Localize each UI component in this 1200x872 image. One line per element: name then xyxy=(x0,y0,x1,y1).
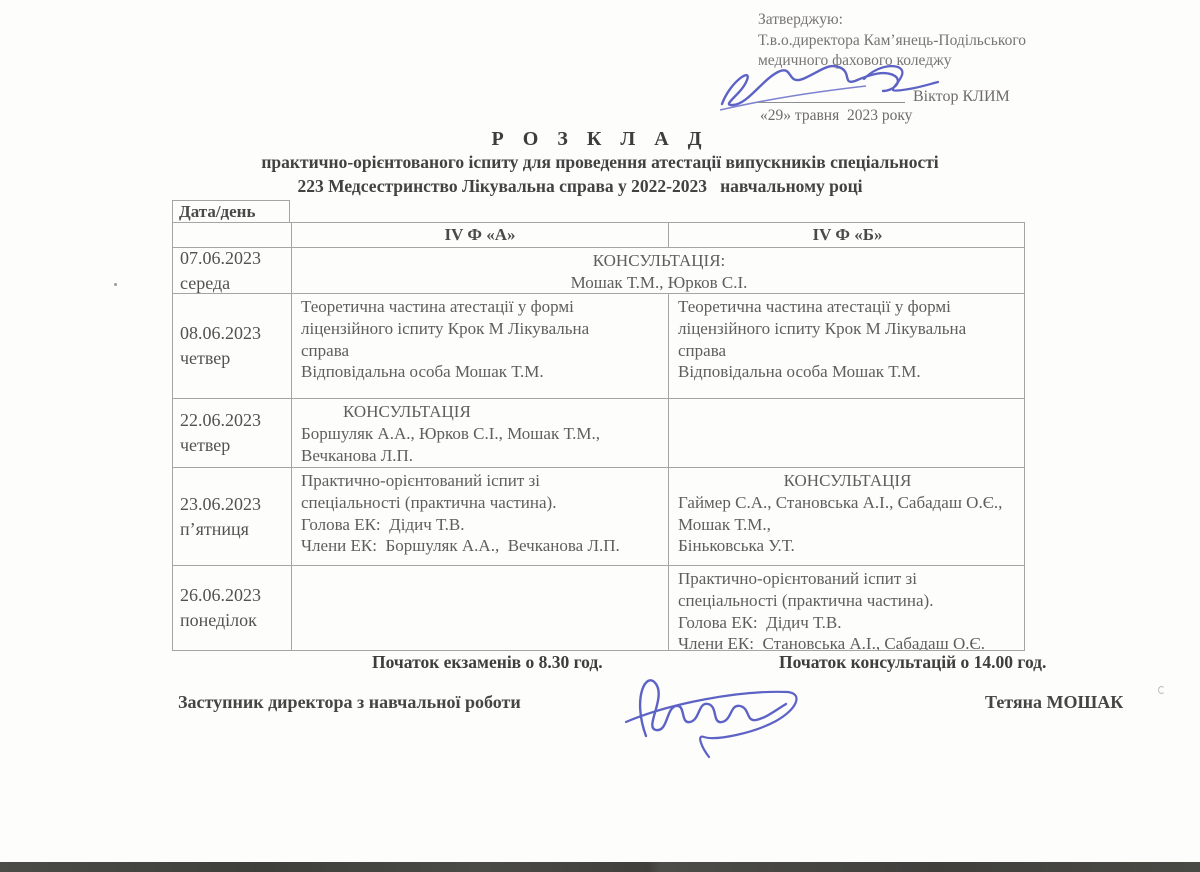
cell-line: Боршуляк А.А., Юрков С.І., Мошак Т.М., xyxy=(301,423,659,445)
day-value: четвер xyxy=(180,433,291,458)
group-a-cell: Практично-орієнтований іспит зі спеціаль… xyxy=(291,468,668,565)
group-a-cell: Теоретична частина атестації у формі ліц… xyxy=(291,294,668,398)
cell-line: Мошак Т.М., xyxy=(678,514,1017,536)
table-corner-header: Дата/день xyxy=(172,200,290,222)
table-row: 22.06.2023 четвер КОНСУЛЬТАЦІЯ Боршуляк … xyxy=(173,398,1024,467)
cell-line: Голова ЕК: Дідич Т.В. xyxy=(678,612,1017,634)
date-value: 08.06.2023 xyxy=(180,321,291,346)
cell-line: Мошак Т.М., Юрков С.І. xyxy=(301,272,1017,293)
cell-line: справа xyxy=(301,340,659,362)
date-cell: 07.06.2023 середа xyxy=(173,248,291,293)
document-title: Р О З К Л А Д xyxy=(0,128,1200,151)
date-cell: 22.06.2023 четвер xyxy=(173,399,291,467)
day-value: п’ятниця xyxy=(180,517,291,542)
group-b-cell-empty xyxy=(668,399,1026,467)
column-a-header: ІV Ф «А» xyxy=(291,223,668,247)
cell-line: Відповідальна особа Мошак Т.М. xyxy=(678,361,1017,383)
merged-consultation-cell: КОНСУЛЬТАЦІЯ: Мошак Т.М., Юрков С.І. xyxy=(291,248,1026,293)
date-cell: 08.06.2023 четвер xyxy=(173,294,291,398)
table-header-row: ІV Ф «А» ІV Ф «Б» xyxy=(173,223,1024,247)
cell-line: спеціальності (практична частина). xyxy=(678,590,1017,612)
table-row: 26.06.2023 понеділок Практично-орієнтова… xyxy=(173,565,1024,650)
cell-line: ліцензійного іспиту Крок М Лікувальна xyxy=(678,318,1017,340)
group-b-cell: КОНСУЛЬТАЦІЯ Гаймер С.А., Становська А.І… xyxy=(668,468,1026,565)
deputy-name: Тетяна МОШАК xyxy=(985,692,1123,713)
date-cell: 26.06.2023 понеділок xyxy=(173,566,291,650)
consultations-start-note: Початок консультацій о 14.00 год. xyxy=(779,652,1046,673)
cell-line: Теоретична частина атестації у формі xyxy=(678,296,1017,318)
cell-line: справа xyxy=(678,340,1017,362)
date-value: 23.06.2023 xyxy=(180,492,291,517)
header-empty-cell xyxy=(173,223,291,247)
scanned-schedule-document: Затверджую: Т.в.о.директора Кам’янець-По… xyxy=(0,0,1200,872)
table-row: 08.06.2023 четвер Теоретична частина ате… xyxy=(173,293,1024,398)
cell-line: Вечканова Л.П. xyxy=(301,445,659,467)
cell-line: Відповідальна особа Мошак Т.М. xyxy=(301,361,659,383)
table-row: 23.06.2023 п’ятниця Практично-орієнтован… xyxy=(173,467,1024,565)
date-value: 26.06.2023 xyxy=(180,583,291,608)
approver-name: Віктор КЛИМ xyxy=(913,88,1010,106)
cell-line: Практично-орієнтований іспит зі xyxy=(301,470,659,492)
cell-line: Члени ЕК: Становська А.І., Сабадаш О.Є. xyxy=(678,633,1017,650)
document-subtitle-1: практично-орієнтованого іспиту для прове… xyxy=(0,152,1200,173)
approver-position-line1: Т.в.о.директора Кам’янець-Подільського xyxy=(758,31,1026,52)
document-subtitle-2: 223 Медсестринство Лікувальна справа у 2… xyxy=(0,176,1160,197)
group-a-cell-empty xyxy=(291,566,668,650)
deputy-position-title: Заступник директора з навчальної роботи xyxy=(178,692,521,713)
cell-line: Гаймер С.А., Становська А.І., Сабадаш О.… xyxy=(678,492,1017,514)
table-row: 07.06.2023 середа КОНСУЛЬТАЦІЯ: Мошак Т.… xyxy=(173,247,1024,293)
group-b-cell: Практично-орієнтований іспит зі спеціаль… xyxy=(668,566,1026,650)
day-value: понеділок xyxy=(180,608,291,633)
cell-line: Практично-орієнтований іспит зі xyxy=(678,568,1017,590)
scan-edge-bar xyxy=(0,862,1200,872)
scan-speck xyxy=(114,283,117,286)
group-b-cell: Теоретична частина атестації у формі ліц… xyxy=(668,294,1026,398)
schedule-table: ІV Ф «А» ІV Ф «Б» 07.06.2023 середа КОНС… xyxy=(172,222,1025,651)
cell-line: Члени ЕК: Боршуляк А.А., Вечканова Л.П. xyxy=(301,535,659,557)
cell-line: спеціальності (практична частина). xyxy=(301,492,659,514)
approval-word: Затверджую: xyxy=(758,10,1026,31)
cell-line: ліцензійного іспиту Крок М Лікувальна xyxy=(301,318,659,340)
cell-line: Теоретична частина атестації у формі xyxy=(301,296,659,318)
day-value: середа xyxy=(180,271,291,294)
group-a-cell: КОНСУЛЬТАЦІЯ Боршуляк А.А., Юрков С.І., … xyxy=(291,399,668,467)
cell-line: Біньковська У.Т. xyxy=(678,535,1017,557)
date-value: 07.06.2023 xyxy=(180,248,291,271)
column-b-header-label: ІV Ф «Б» xyxy=(813,225,883,245)
date-cell: 23.06.2023 п’ятниця xyxy=(173,468,291,565)
signature-rule-line xyxy=(757,102,905,103)
cell-line: КОНСУЛЬТАЦІЯ xyxy=(678,470,1017,492)
approval-date: «29» травня 2023 року xyxy=(760,107,912,125)
date-value: 22.06.2023 xyxy=(180,408,291,433)
cell-line: Голова ЕК: Дідич Т.В. xyxy=(301,514,659,536)
day-value: четвер xyxy=(180,346,291,371)
cell-line: КОНСУЛЬТАЦІЯ: xyxy=(301,250,1017,272)
column-b-header: ІV Ф «Б» xyxy=(668,223,1026,247)
cell-line: КОНСУЛЬТАЦІЯ xyxy=(301,401,659,423)
column-a-header-label: ІV Ф «А» xyxy=(445,225,516,245)
exams-start-note: Початок екзаменів о 8.30 год. xyxy=(372,652,603,673)
scan-speck xyxy=(1158,686,1165,694)
deputy-signature xyxy=(618,664,808,759)
